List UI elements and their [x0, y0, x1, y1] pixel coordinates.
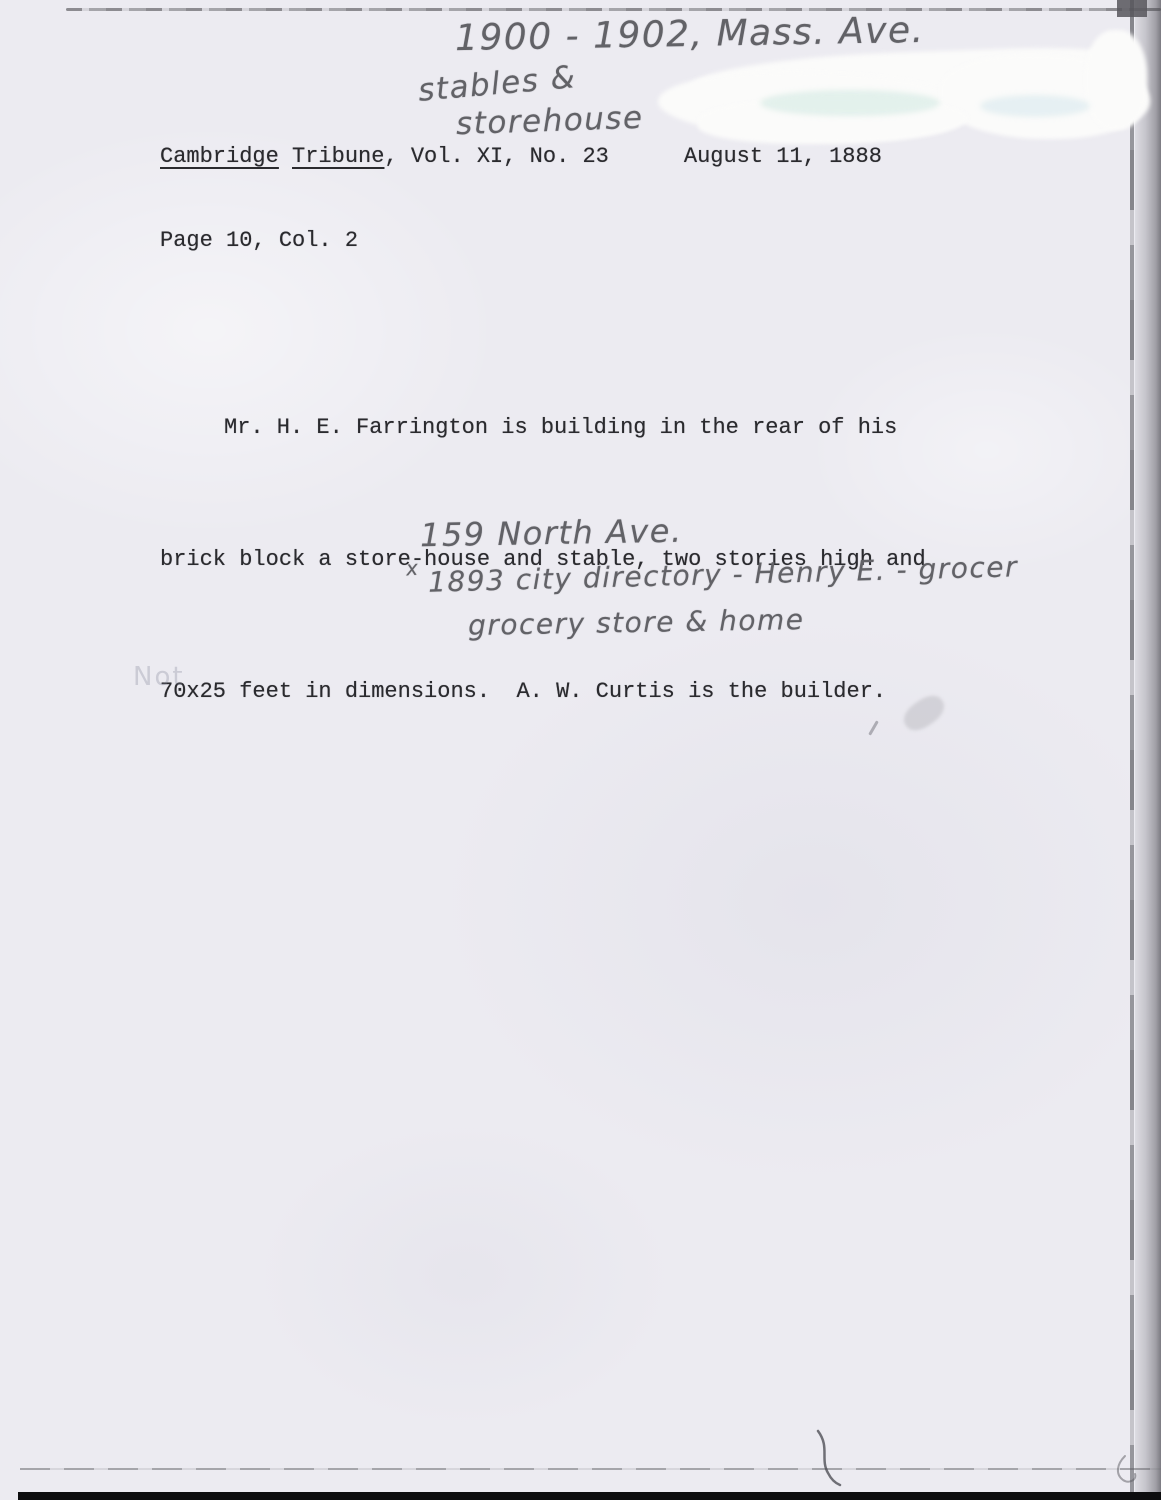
- citation-volume-issue: , Vol. XI, No. 23: [384, 144, 608, 169]
- scan-bottom-edge-line: [20, 1468, 1161, 1470]
- scan-corner-mark: [1117, 0, 1147, 17]
- page-column-reference: Page 10, Col. 2: [160, 228, 358, 253]
- handwritten-date-address: 1900 - 1902, Mass. Ave.: [455, 10, 925, 59]
- handwritten-cross-marker: x: [405, 556, 420, 581]
- handwritten-grocery-note: grocery store & home: [468, 603, 805, 642]
- whiteout-tint-remnant: [760, 90, 940, 116]
- pen-stroke-mark: [790, 1425, 860, 1495]
- pen-curl-mark: [1095, 1450, 1145, 1490]
- citation-date: August 11, 1888: [684, 144, 882, 169]
- scanned-document-page: 1900 - 1902, Mass. Ave. stables & storeh…: [0, 0, 1161, 1500]
- whiteout-patch: [1085, 30, 1147, 130]
- handwritten-address-note: 159 North Ave.: [420, 512, 683, 555]
- page-fold-line: [1130, 0, 1134, 1500]
- handwritten-note-stables: stables &: [417, 59, 578, 109]
- whiteout-tint-remnant: [980, 95, 1090, 117]
- handwritten-note-storehouse: storehouse: [455, 100, 644, 143]
- scan-bottom-black-edge: [18, 1492, 1161, 1500]
- scan-top-edge-line: [66, 8, 1161, 11]
- publication-name-part2: Tribune: [292, 144, 384, 169]
- page-right-edge-shadow: [1135, 0, 1161, 1500]
- citation-line: Cambridge Tribune , Vol. XI, No. 23 Augu…: [160, 144, 882, 169]
- ghost-text-faint: Not: [133, 662, 185, 692]
- article-line: 70x25 feet in dimensions. A. W. Curtis i…: [160, 670, 926, 714]
- publication-name-part1: Cambridge: [160, 144, 279, 169]
- article-line: Mr. H. E. Farrington is building in the …: [160, 406, 926, 450]
